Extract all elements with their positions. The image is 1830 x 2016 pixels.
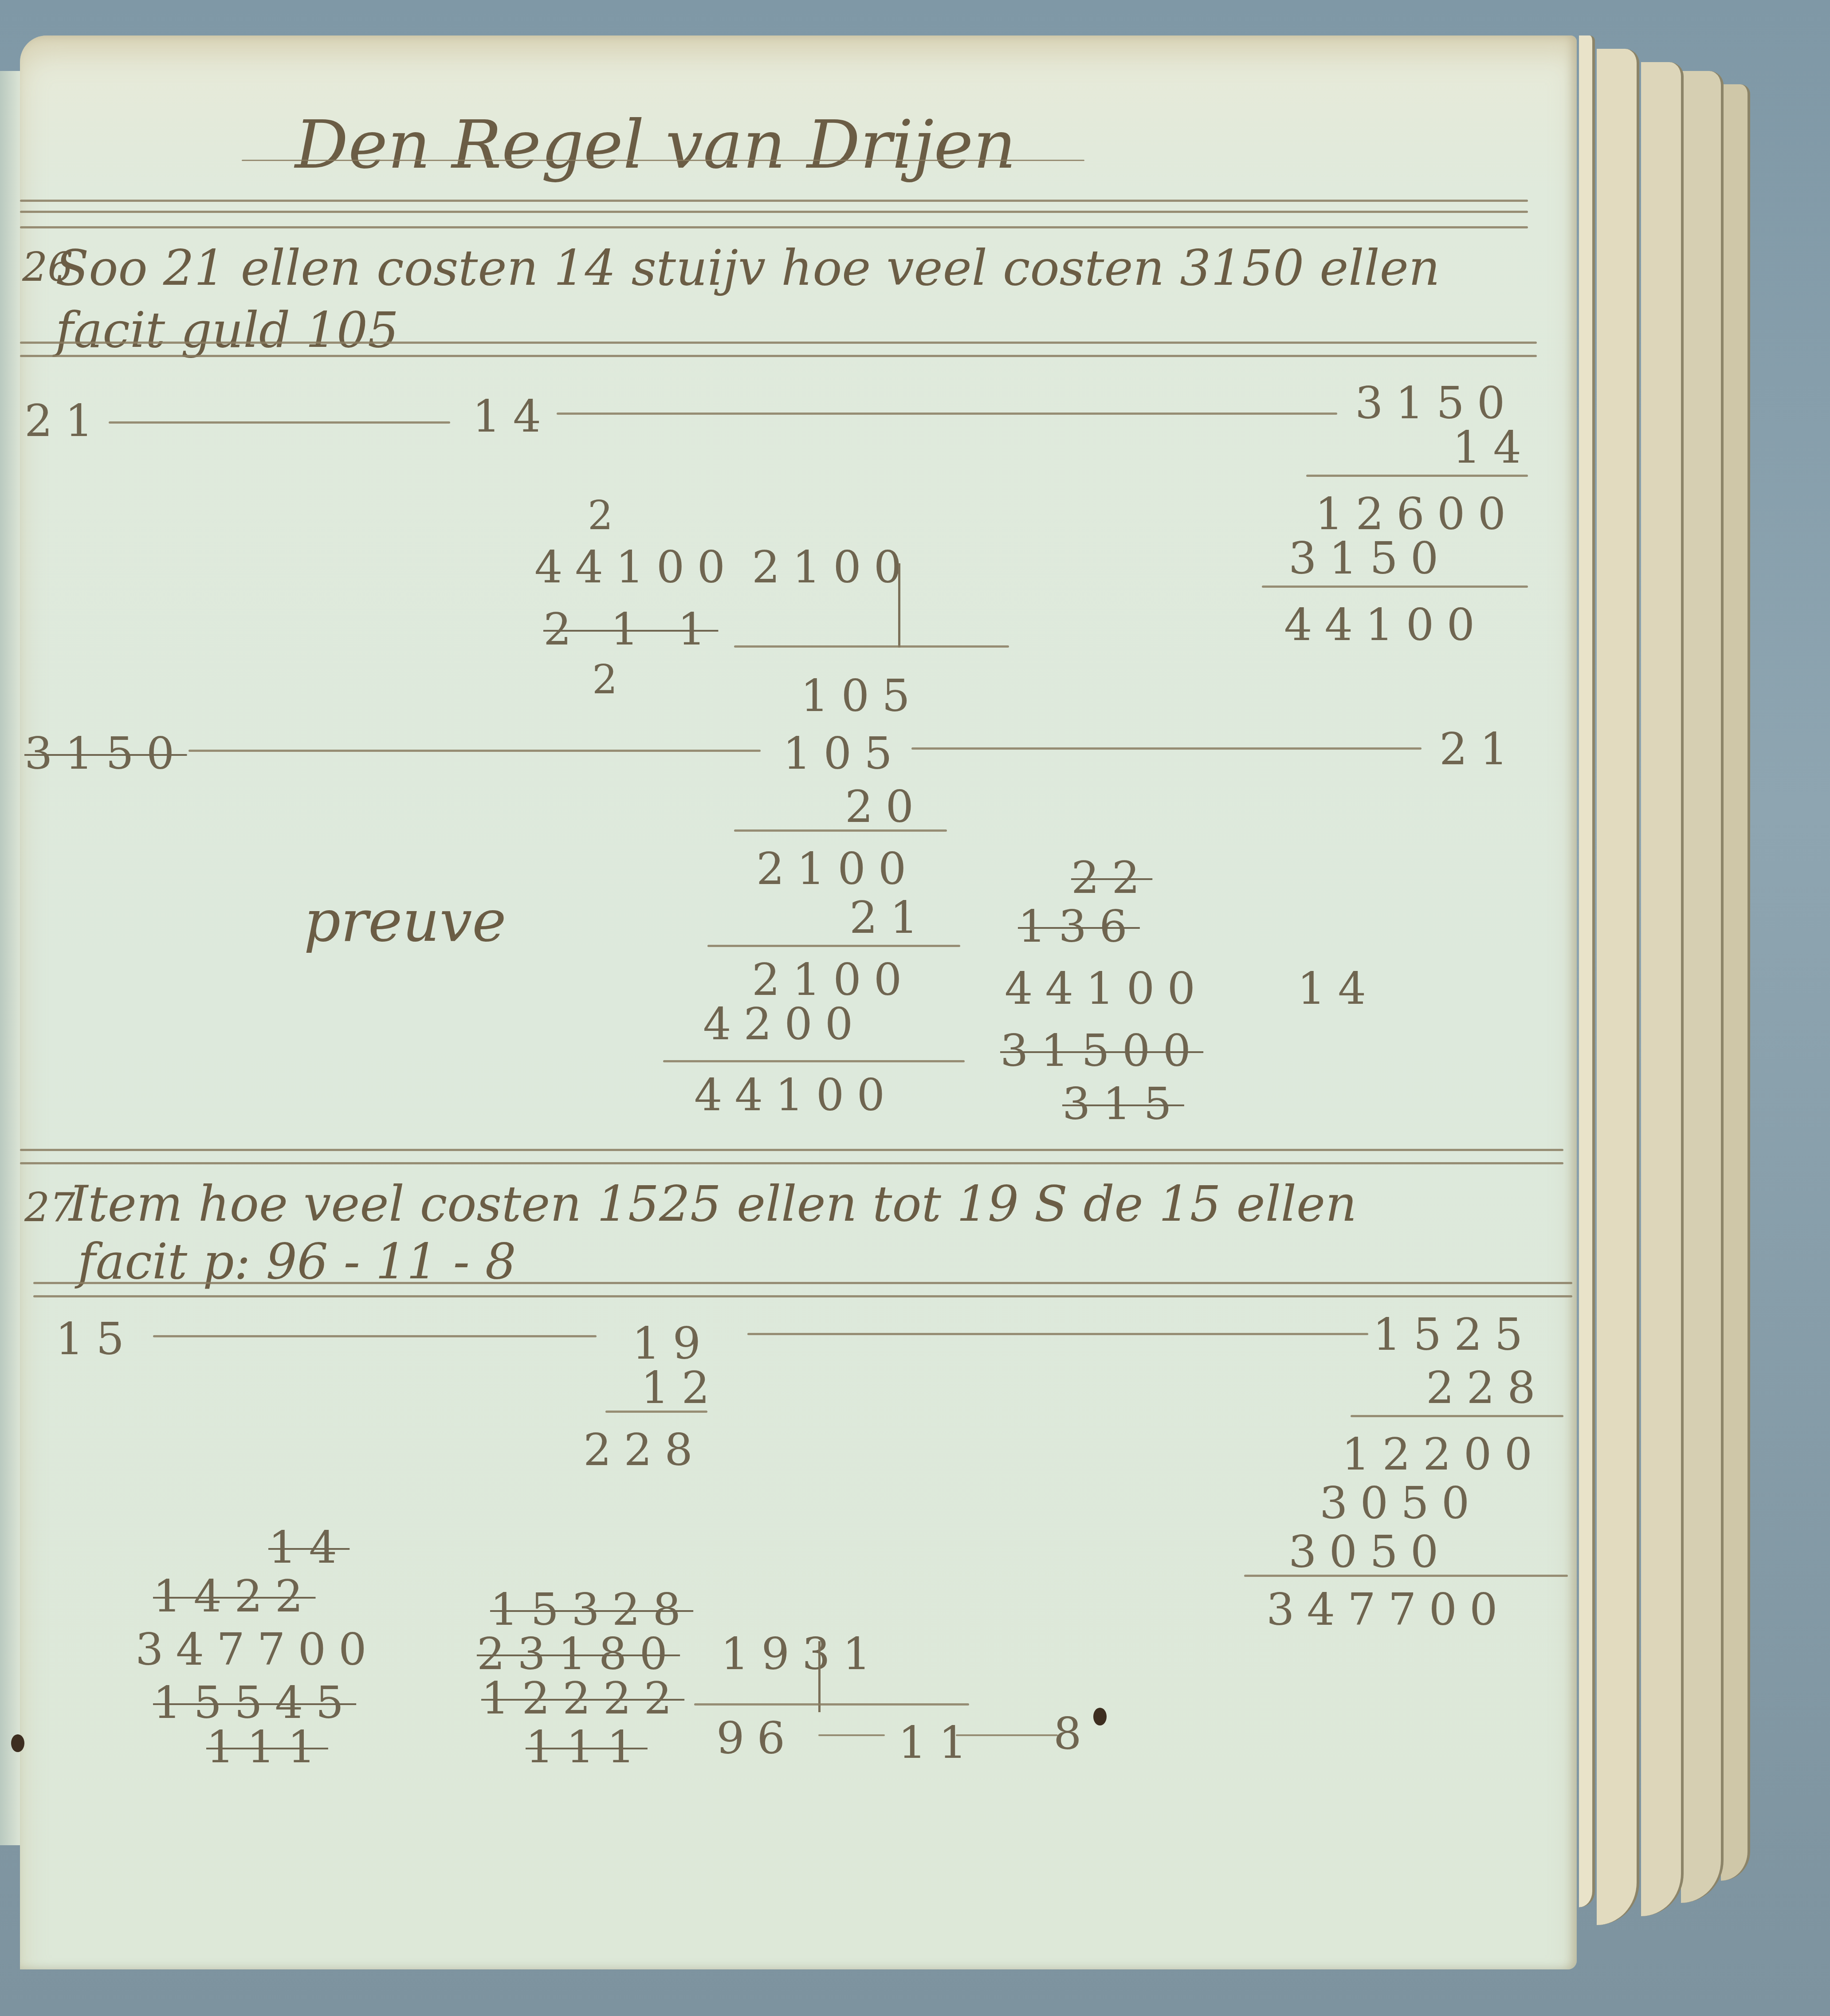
mult-factor-b: 14 [1453, 421, 1534, 473]
divider-rule [20, 226, 1528, 228]
divider-rule [33, 1282, 1572, 1284]
page-stack-edge [1641, 62, 1684, 1916]
proof-step-2: 2100 [756, 843, 919, 895]
div-vertical-line [898, 563, 900, 648]
proof-setup-middle: 105 [783, 727, 905, 779]
problem-27-answer: facit p: 96 - 11 - 8 [78, 1233, 516, 1290]
div-remainder: 2 1 1 [543, 603, 718, 655]
proof-rule [707, 945, 960, 947]
ink-blot [11, 1734, 24, 1752]
p27-div-line-1: 14 [268, 1521, 350, 1573]
p27-setup-left: 15 [55, 1313, 137, 1365]
setup-rule [153, 1335, 597, 1337]
divider-rule [20, 355, 1537, 357]
mult-rule [1351, 1415, 1563, 1417]
proof-step-3: 21 [849, 892, 931, 943]
p27-partial-2: 3050 [1319, 1477, 1482, 1529]
dash [956, 1734, 1058, 1736]
conv-b: 12 [641, 1362, 722, 1414]
div-carry-bottom: 2 [592, 656, 630, 703]
proof-label: preuve [304, 887, 506, 955]
proof-rule [188, 750, 761, 752]
mult-rule [1244, 1575, 1568, 1577]
p27-partial-1: 12200 [1342, 1428, 1545, 1480]
divider-rule [33, 1295, 1572, 1297]
mult-rule [1262, 586, 1528, 588]
proof-rule [734, 829, 947, 832]
p27-div-line-5: 111 [206, 1721, 328, 1773]
problem-26-answer: facit guld 105 [55, 302, 399, 358]
mult-rule [1306, 475, 1528, 477]
div-vertical-line [818, 1641, 821, 1712]
check-carry-top: 22 [1071, 852, 1152, 904]
check-quotient-line: 31500 [1000, 1025, 1203, 1077]
p27-div-dividend: 347700 [135, 1623, 379, 1675]
p27-partial-3: 3050 [1288, 1526, 1451, 1578]
setup-middle: 14 [472, 390, 554, 442]
div-divisor: 2100 [752, 541, 915, 593]
proof-step-1: 20 [845, 781, 926, 833]
check-carry-second: 136 [1018, 900, 1140, 952]
divider-rule [20, 200, 1528, 202]
setup-rule [557, 413, 1337, 415]
p27-result-pounds: 96 [716, 1712, 797, 1764]
manuscript-page: Den Regel van Drijen 26 Soo 21 ellen cos… [20, 35, 1577, 1969]
conv-rule [605, 1411, 707, 1413]
proof-setup-right: 21 [1439, 723, 1520, 775]
p27-setup-right: 1525 [1373, 1309, 1535, 1360]
proof-rule [911, 747, 1422, 750]
p27-mid-line: 12222 [481, 1672, 684, 1724]
setup-rule [747, 1333, 1368, 1335]
div-quotient: 105 [801, 670, 923, 722]
mult-product: 44100 [1284, 599, 1487, 651]
div-carry-top: 2 [588, 492, 625, 539]
problem-26-question: Soo 21 ellen costen 14 stuijv hoe veel c… [55, 240, 1440, 296]
p27-result-pence: 8 [1053, 1708, 1094, 1760]
page-stack-edge [1579, 35, 1595, 1907]
check-bottom: 315 [1062, 1078, 1184, 1130]
divider-rule [20, 211, 1528, 213]
check-dividend: 44100 [1005, 963, 1208, 1014]
div-dividend: 44100 [534, 541, 738, 593]
problem-27-number: 27 [24, 1184, 75, 1231]
p27-result-shillings: 11 [898, 1717, 979, 1768]
page-title: Den Regel van Drijen [295, 106, 1016, 184]
divider-rule [20, 1149, 1563, 1151]
proof-rule [663, 1060, 965, 1062]
divider-rule [20, 342, 1537, 344]
div-rule [734, 645, 1009, 648]
proof-step-6: 44100 [694, 1069, 897, 1121]
div-rule [694, 1703, 969, 1706]
proof-setup-left: 3150 [24, 727, 187, 779]
p27-mult-b: 228 [1426, 1362, 1548, 1414]
setup-left: 21 [24, 395, 106, 447]
p27-div-line-2: 1422 [153, 1570, 316, 1622]
setup-rule [109, 421, 450, 424]
page-stack-edge [1597, 49, 1639, 1925]
p27-divisor: 1931 [721, 1628, 884, 1680]
p27-mid-bottom: 111 [526, 1721, 648, 1773]
mult-partial-2: 3150 [1288, 532, 1451, 584]
p27-product: 347700 [1266, 1584, 1510, 1635]
proof-step-5: 4200 [703, 998, 866, 1050]
divider-rule [20, 1162, 1563, 1164]
ink-blot [1093, 1708, 1107, 1725]
page-stack-edge [1721, 84, 1750, 1881]
dash [818, 1734, 885, 1736]
problem-27-question: Item hoe veel costen 1525 ellen tot 19 S… [69, 1175, 1357, 1232]
title-underline [242, 160, 1084, 161]
check-divisor: 14 [1297, 963, 1378, 1014]
conv-result: 228 [583, 1424, 705, 1476]
page-stack-edge [1681, 71, 1724, 1903]
